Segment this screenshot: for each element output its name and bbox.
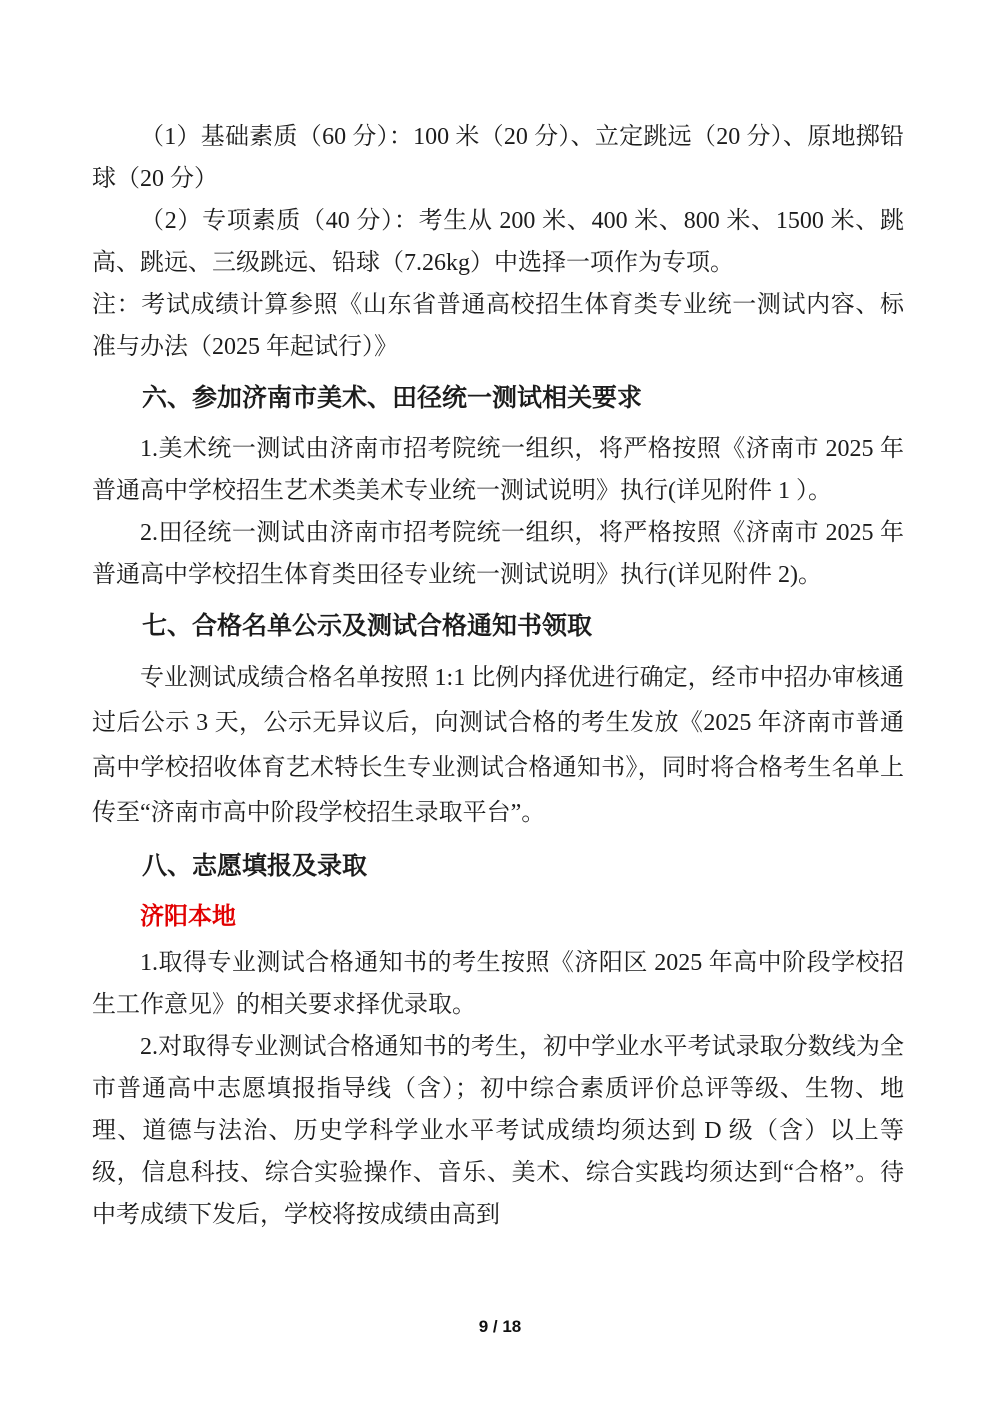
page-number: 9 / 18 bbox=[0, 1317, 1000, 1337]
section-heading-eight: 八、志愿填报及录取 bbox=[92, 845, 904, 887]
paragraph-note: 注：考试成绩计算参照《山东省普通高校招生体育类专业统一测试内容、标准与办法（20… bbox=[92, 284, 904, 368]
paragraph-admission-1: 1.取得专业测试合格通知书的考生按照《济阳区 2025 年高中阶段学校招生工作意… bbox=[92, 942, 904, 1026]
document-page: （1）基础素质（60 分）：100 米（20 分）、立定跳远（20 分）、原地掷… bbox=[0, 0, 1000, 1415]
section-heading-six: 六、参加济南市美术、田径统一测试相关要求 bbox=[92, 377, 904, 419]
paragraph-admission-2: 2.对取得专业测试合格通知书的考生，初中学业水平考试录取分数线为全市普通高中志愿… bbox=[92, 1026, 904, 1236]
section-heading-seven: 七、合格名单公示及测试合格通知书领取 bbox=[92, 605, 904, 647]
paragraph-track-test: 2.田径统一测试由济南市招考院统一组织，将严格按照《济南市 2025 年普通高中… bbox=[92, 512, 904, 596]
paragraph-basic-quality: （1）基础素质（60 分）：100 米（20 分）、立定跳远（20 分）、原地掷… bbox=[92, 116, 904, 200]
paragraph-qualified-list: 专业测试成绩合格名单按照 1:1 比例内择优进行确定，经市中招办审核通过后公示 … bbox=[92, 656, 904, 836]
paragraph-art-test: 1.美术统一测试由济南市招考院统一组织，将严格按照《济南市 2025 年普通高中… bbox=[92, 428, 904, 512]
paragraph-special-quality: （2）专项素质（40 分）：考生从 200 米、400 米、800 米、1500… bbox=[92, 200, 904, 284]
red-subheading-jiyang-local: 济阳本地 bbox=[92, 896, 904, 938]
